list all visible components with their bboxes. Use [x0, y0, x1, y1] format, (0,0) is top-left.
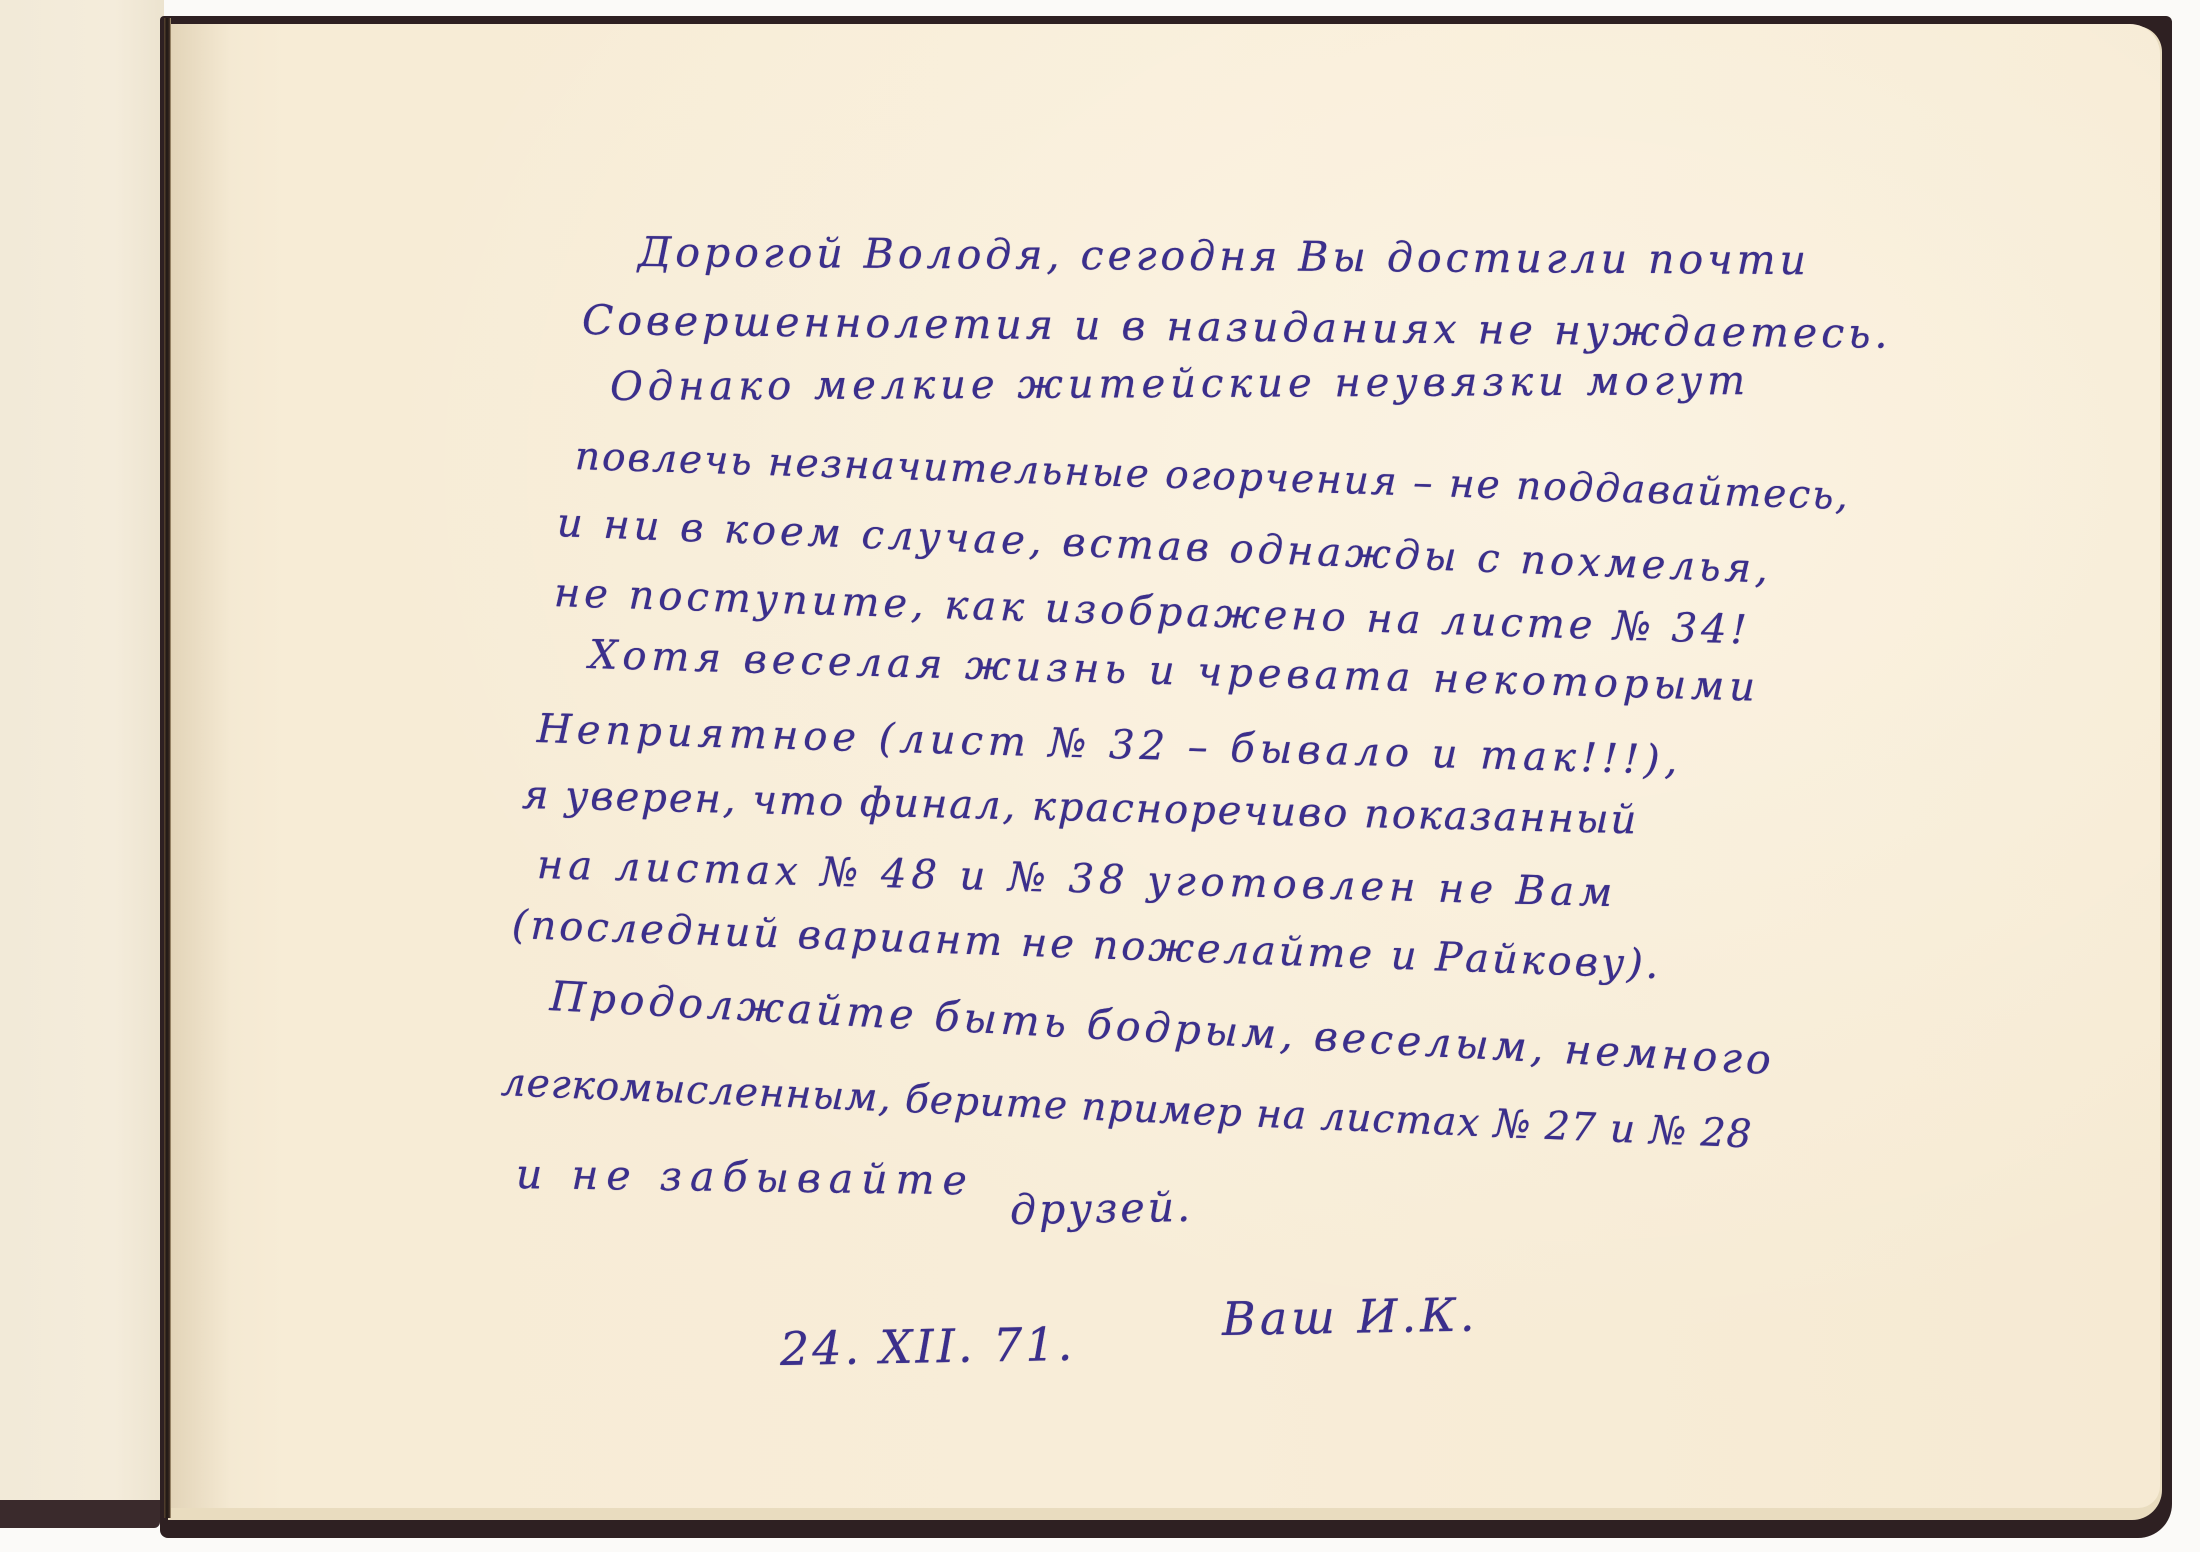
- letter-line-1: Дорогой Володя, сегодня Вы достигли почт…: [638, 228, 1810, 284]
- letter-line-8: Неприятное (лист № 32 – бывало и так!!!)…: [536, 706, 1683, 784]
- letter-line-12: Продолжайте быть бодрым, веселым, немног…: [549, 972, 1776, 1084]
- letter-line-11: (последний вариант не пожелайте и Райков…: [511, 902, 1662, 988]
- letter-line-4: повлечь незначительные огорчения – не по…: [574, 434, 1850, 519]
- letter-line-3: Однако мелкие житейские неувязки могут: [610, 358, 1750, 410]
- letter-line-2: Совершеннолетия и в назиданиях не нуждае…: [582, 296, 1892, 358]
- letter-line-15: друзей.: [1010, 1183, 1194, 1234]
- handwritten-letter: Дорогой Володя, сегодня Вы достигли почт…: [0, 0, 2200, 1552]
- letter-line-10: на листах № 48 и № 38 уготовлен не Вам: [536, 842, 1617, 916]
- letter-line-14: и не забывайте: [516, 1150, 975, 1204]
- letter-signature: Ваш И.К.: [1222, 1288, 1479, 1346]
- letter-date: 24. XII. 71.: [780, 1317, 1076, 1376]
- letter-line-9: я уверен, что финал, красноречиво показа…: [521, 772, 1638, 843]
- letter-line-13: легкомысленным, берите пример на листах …: [500, 1060, 1753, 1157]
